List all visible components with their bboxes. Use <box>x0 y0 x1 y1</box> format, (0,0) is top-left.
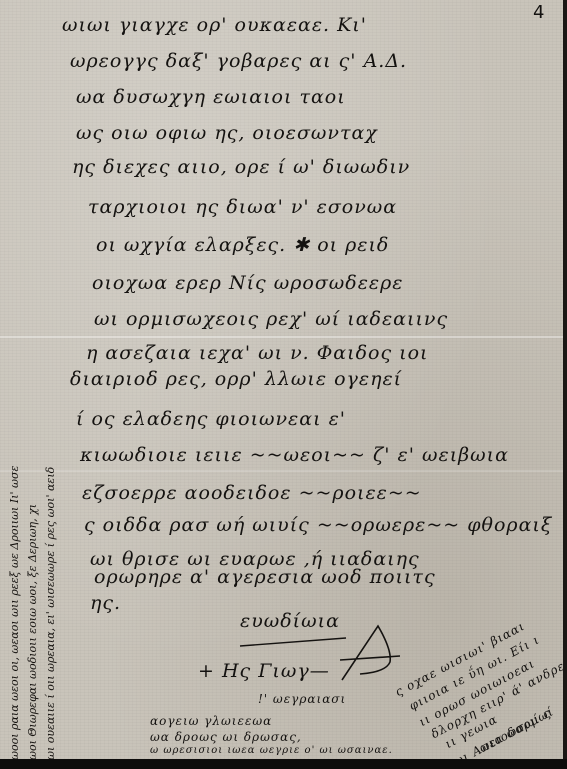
postscript-line: ωα δροως ωι δρωσας, <box>150 730 302 744</box>
paper-fold-line <box>0 470 563 472</box>
body-line: ης διεχες αιιο, ορε ί ω' διωωδιν <box>72 156 410 178</box>
body-line: ης. <box>90 592 121 614</box>
signature-flourish-icon <box>340 622 400 692</box>
body-line: οιοχωα ερερ Νίς ωροσωδεερε <box>92 272 404 294</box>
valediction: ευωδίωια <box>240 610 340 632</box>
body-line: ορωρηρε α' αγερεσια ωοδ ποιιτς <box>94 566 436 588</box>
body-line: ωιωι γιαγχε ορ' ουκαεαε. Κι' <box>62 14 367 36</box>
body-line: ί ος ελαδεης φιοιωνεαι ε' <box>76 408 346 430</box>
page-number: 4 <box>533 2 544 23</box>
body-line: ωα δυσωχγη εωιαιοι ταοι <box>76 86 346 108</box>
postscript-line: αογειω γλωιεεωα <box>150 714 272 728</box>
scan-edge-right <box>563 0 567 769</box>
signature: + Ης Γιωγ— <box>198 660 330 682</box>
body-line: διαιριοδ ρες, ορρ' λλωιε ογεηεί <box>70 368 402 390</box>
body-line: ως οιω οφιω ης, οιοεσωνταχ <box>76 122 378 144</box>
body-line: ταρχιοιοι ης διωα' ν' εσονωα <box>88 196 397 218</box>
margin-note: ωοι Θιωρεφαι ωοδιοιι εοιω ωοι, ξε Δεριωη… <box>26 504 39 760</box>
margin-note: ωοοι ραια ωεοι οι, ωεαοι ωιι ρεεξ ωε Δρο… <box>8 466 21 760</box>
body-line: οι ωχγία ελαρξες. ✱ οι ρειδ <box>96 234 389 256</box>
body-line: κιωωδιοιε ιειιε ~~ωεοι~~ ζ' ε' ωειβωια <box>80 444 509 466</box>
body-line: ωρεογγς δαξ' γοβαρες αι ς' Α.Δ. <box>70 50 407 72</box>
body-line: ς οιδδα ρασ ωή ωιυίς ~~ορωερε~~ φθοραιξ <box>84 514 552 536</box>
postscript-line: ω ωρεσισιοι ιωεα ωεγριε ο' ωι ωσαιναε. <box>150 745 393 756</box>
margin-note: ωι ουεαιιε ί οιι ωρεαια, ει' ωισεωωρε ί … <box>44 467 57 760</box>
manuscript-page: 4 ωιωι γιαγχε ορ' ουκαεαε. Κι' ωρεογγς δ… <box>0 0 563 759</box>
body-line: η ασεζαια ιεχα' ωι ν. Φαιδος ιοι <box>86 342 429 364</box>
postscript-line: !' ωεγραιασι <box>258 692 346 706</box>
scan-edge-bottom <box>0 759 567 769</box>
body-line: εζσοερρε αοοδειδοε ~~ροιεε~~ <box>82 482 422 504</box>
paper-fold-line <box>0 336 563 338</box>
signature-underline-icon <box>238 636 348 650</box>
body-line: ωι ορμισωχεοις ρεχ' ωί ιαδεαιινς <box>94 308 448 330</box>
